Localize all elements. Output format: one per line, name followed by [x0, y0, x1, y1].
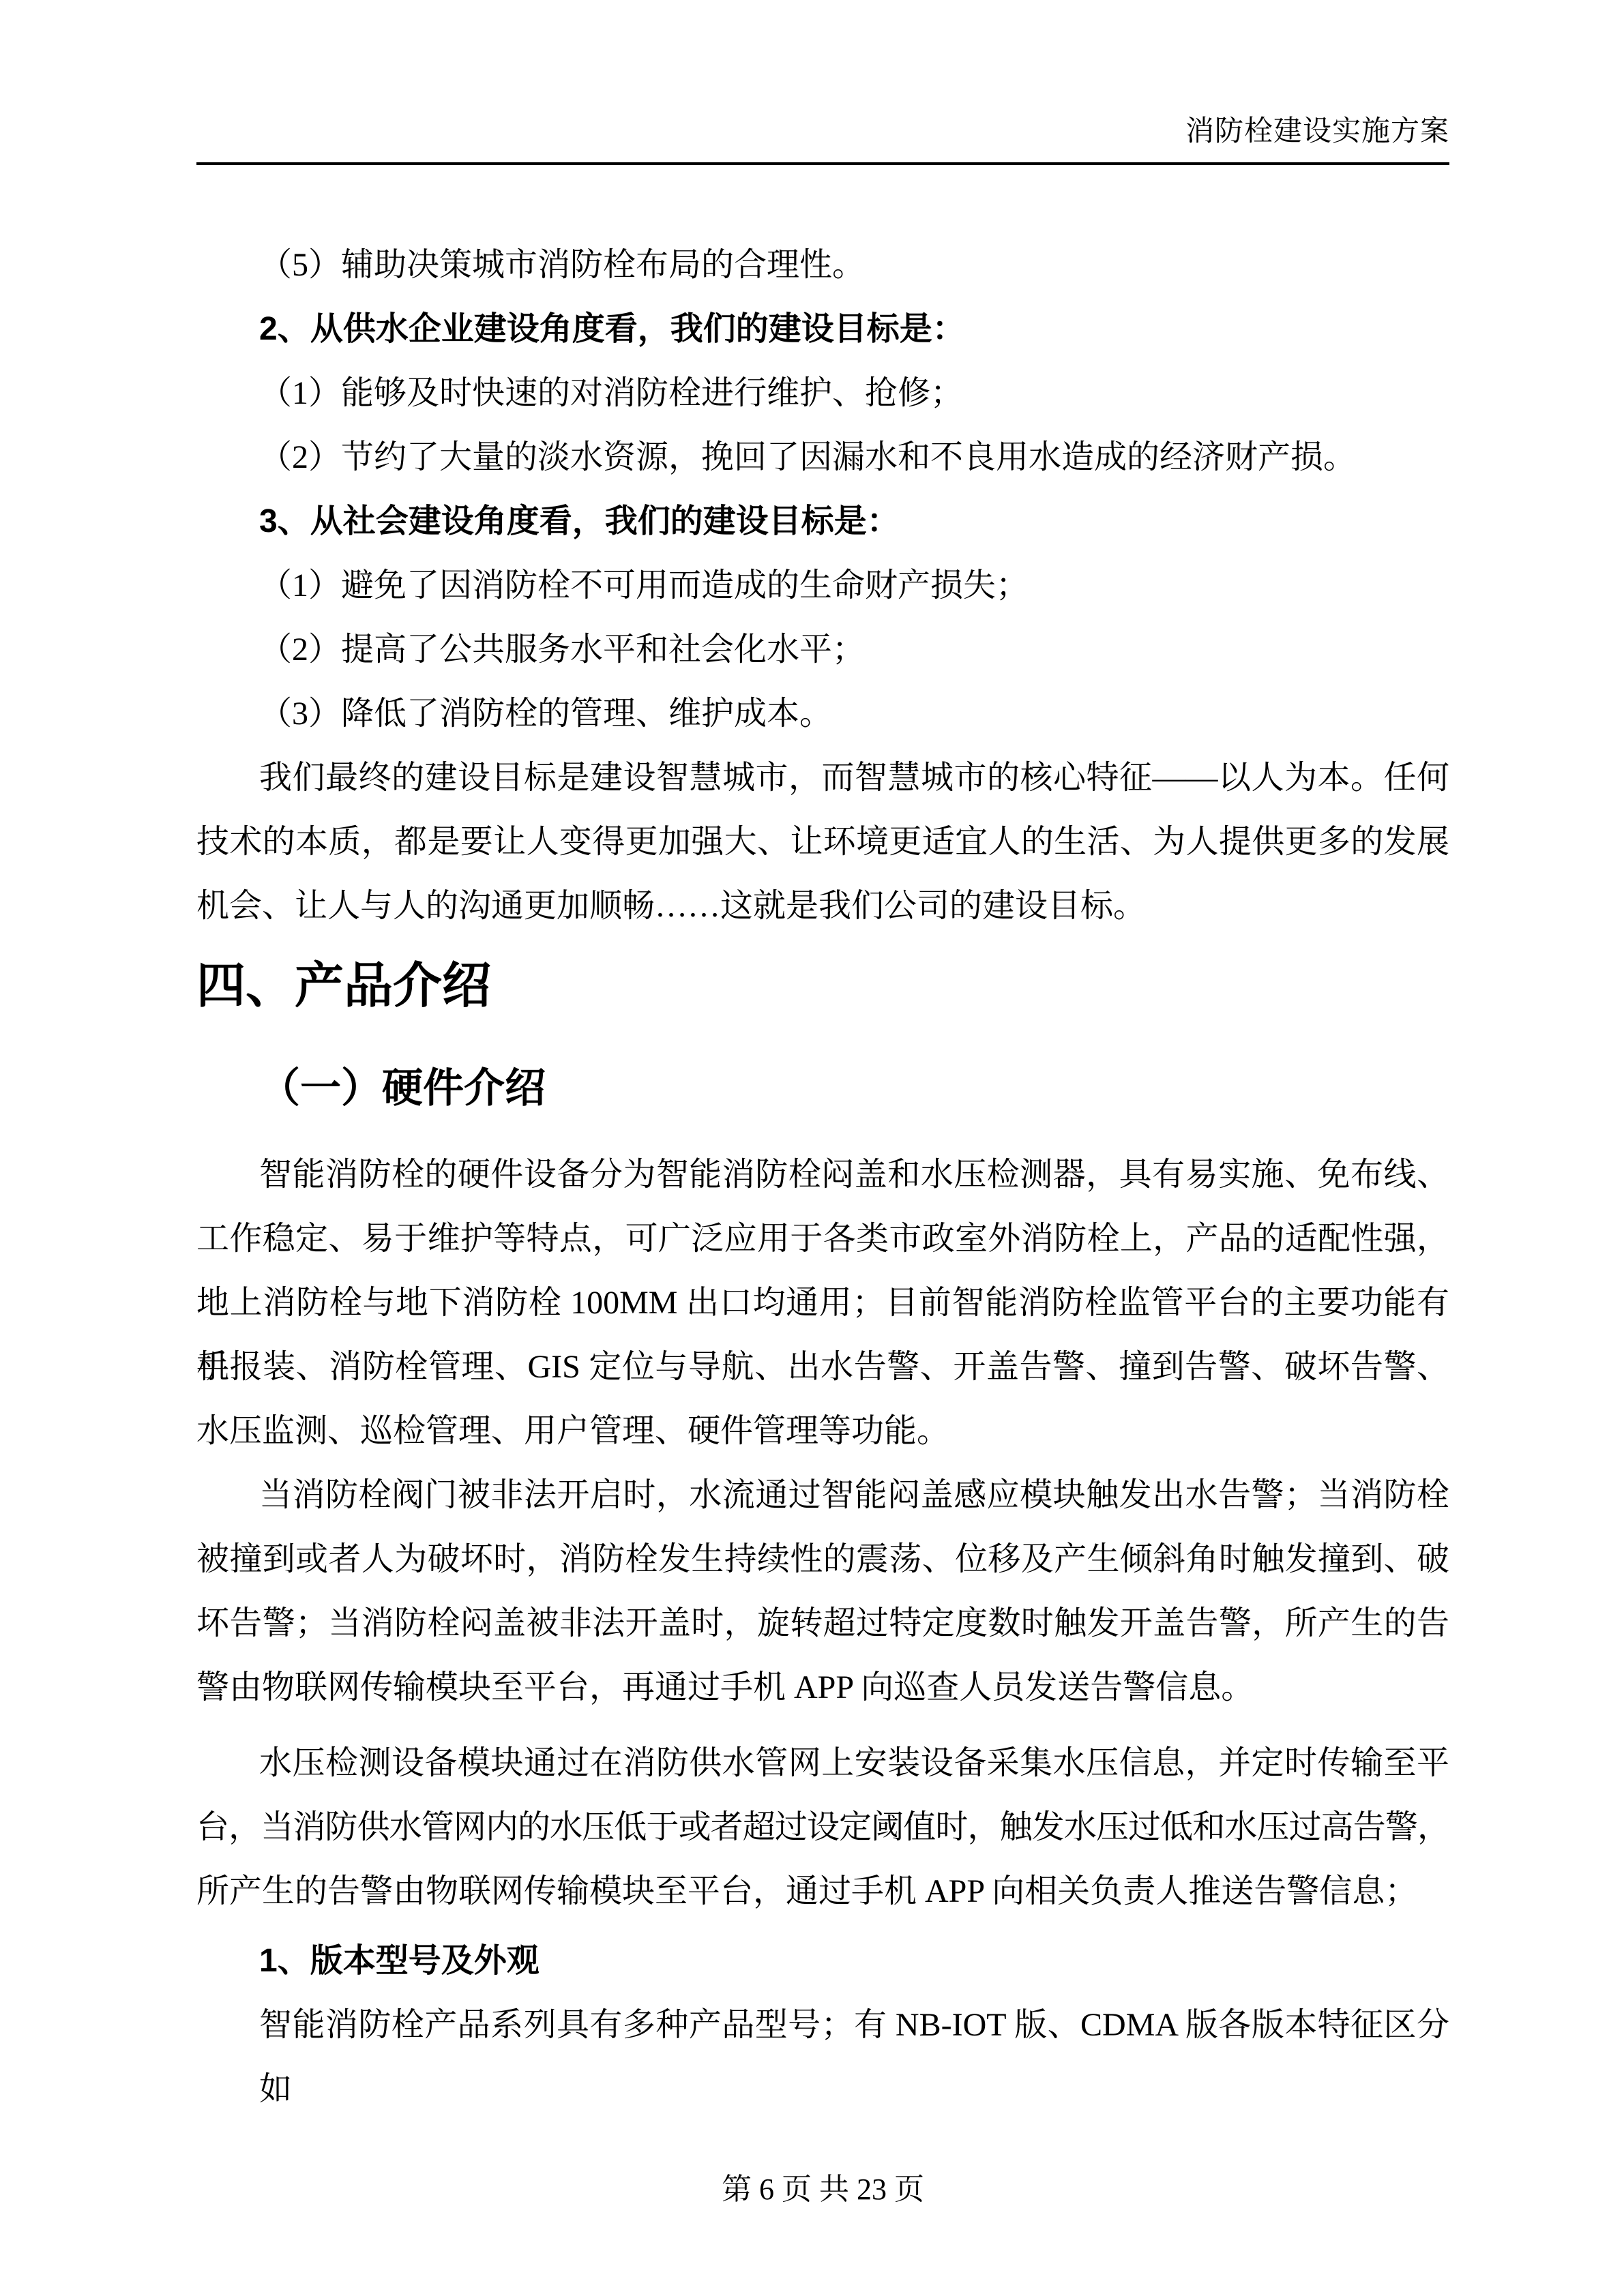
paragraph-line: 工作稳定、易于维护等特点，可广泛应用于各类市政室外消防栓上，产品的适配性强，: [196, 1207, 1449, 1271]
paragraph-line: 当消防栓阀门被非法开启时，水流通过智能闷盖感应模块触发出水告警；当消防栓: [196, 1463, 1449, 1527]
paragraph-line: 警由物联网传输模块至平台，再通过手机 APP 向巡查人员发送告警信息。: [196, 1656, 1449, 1720]
list-item-1: （1）避免了因消防栓不可用而造成的生命财产损失；: [196, 554, 1449, 618]
paragraph-line: 我们最终的建设目标是建设智慧城市，而智慧城市的核心特征——以人为本。任何: [196, 746, 1449, 810]
paragraph-line: 所产生的告警由物联网传输模块至平台，通过手机 APP 向相关负责人推送告警信息；: [196, 1860, 1449, 1924]
chapter-heading-4: 四、产品介绍: [196, 938, 1449, 1034]
list-item-3: （3）降低了消防栓的管理、维护成本。: [196, 682, 1449, 746]
list-item-2: （2）节约了大量的淡水资源，挽回了因漏水和不良用水造成的经济财产损。: [196, 426, 1449, 490]
paragraph-line: 水压检测设备模块通过在消防供水管网上安装设备采集水压信息，并定时传输至平: [196, 1731, 1449, 1795]
list-item-1: （1）能够及时快速的对消防栓进行维护、抢修；: [196, 361, 1449, 426]
paragraph-line: 坏告警；当消防栓闷盖被非法开盖时，旋转超过特定度数时触发开盖告警，所产生的告: [196, 1592, 1449, 1656]
subsection-heading-version: 1、版本型号及外观: [196, 1929, 1449, 1993]
paragraph-line: 被撞到或者人为破坏时，消防栓发生持续性的震荡、位移及产生倾斜角时触发撞到、破: [196, 1527, 1449, 1592]
document-page: { "doc": { "header_title": "消防栓建设实施方案", …: [0, 0, 1624, 2296]
paragraph-line: 地上消防栓与地下消防栓 100MM 出口均通用；目前智能消防栓监管平台的主要功能…: [196, 1271, 1449, 1335]
paragraph-line: 技术的本质，都是要让人变得更加强大、让环境更适宜人的生活、为人提供更多的发展: [196, 810, 1449, 874]
document-body: （5）辅助决策城市消防栓布局的合理性。 2、从供水企业建设角度看，我们的建设目标…: [196, 233, 1449, 2057]
paragraph-line: 智能消防栓产品系列具有多种产品型号；有 NB-IOT 版、CDMA 版各版本特征…: [196, 1993, 1449, 2057]
page-header-title: 消防栓建设实施方案: [196, 115, 1449, 149]
section-heading-1: （一）硬件介绍: [196, 1034, 1449, 1143]
paragraph-line: 机会、让人与人的沟通更加顺畅……这就是我们公司的建设目标。: [196, 874, 1449, 938]
page-footer: 第 6 页 共 23 页: [196, 2172, 1449, 2207]
list-item-5: （5）辅助决策城市消防栓布局的合理性。: [196, 233, 1449, 297]
paragraph-line: 智能消防栓的硬件设备分为智能消防栓闷盖和水压检测器，具有易实施、免布线、: [196, 1143, 1449, 1207]
paragraph-line: 台，当消防供水管网内的水压低于或者超过设定阈值时，触发水压过低和水压过高告警，: [196, 1795, 1449, 1860]
paragraph-line: 机报装、消防栓管理、GIS 定位与导航、出水告警、开盖告警、撞到告警、破坏告警、: [196, 1335, 1449, 1399]
subsection-heading-2: 2、从供水企业建设角度看，我们的建设目标是：: [196, 297, 1449, 361]
list-item-2: （2）提高了公共服务水平和社会化水平；: [196, 618, 1449, 682]
header-rule: [196, 162, 1449, 165]
subsection-heading-3: 3、从社会建设角度看，我们的建设目标是：: [196, 490, 1449, 554]
paragraph-line: 水压监测、巡检管理、用户管理、硬件管理等功能。: [196, 1399, 1449, 1463]
